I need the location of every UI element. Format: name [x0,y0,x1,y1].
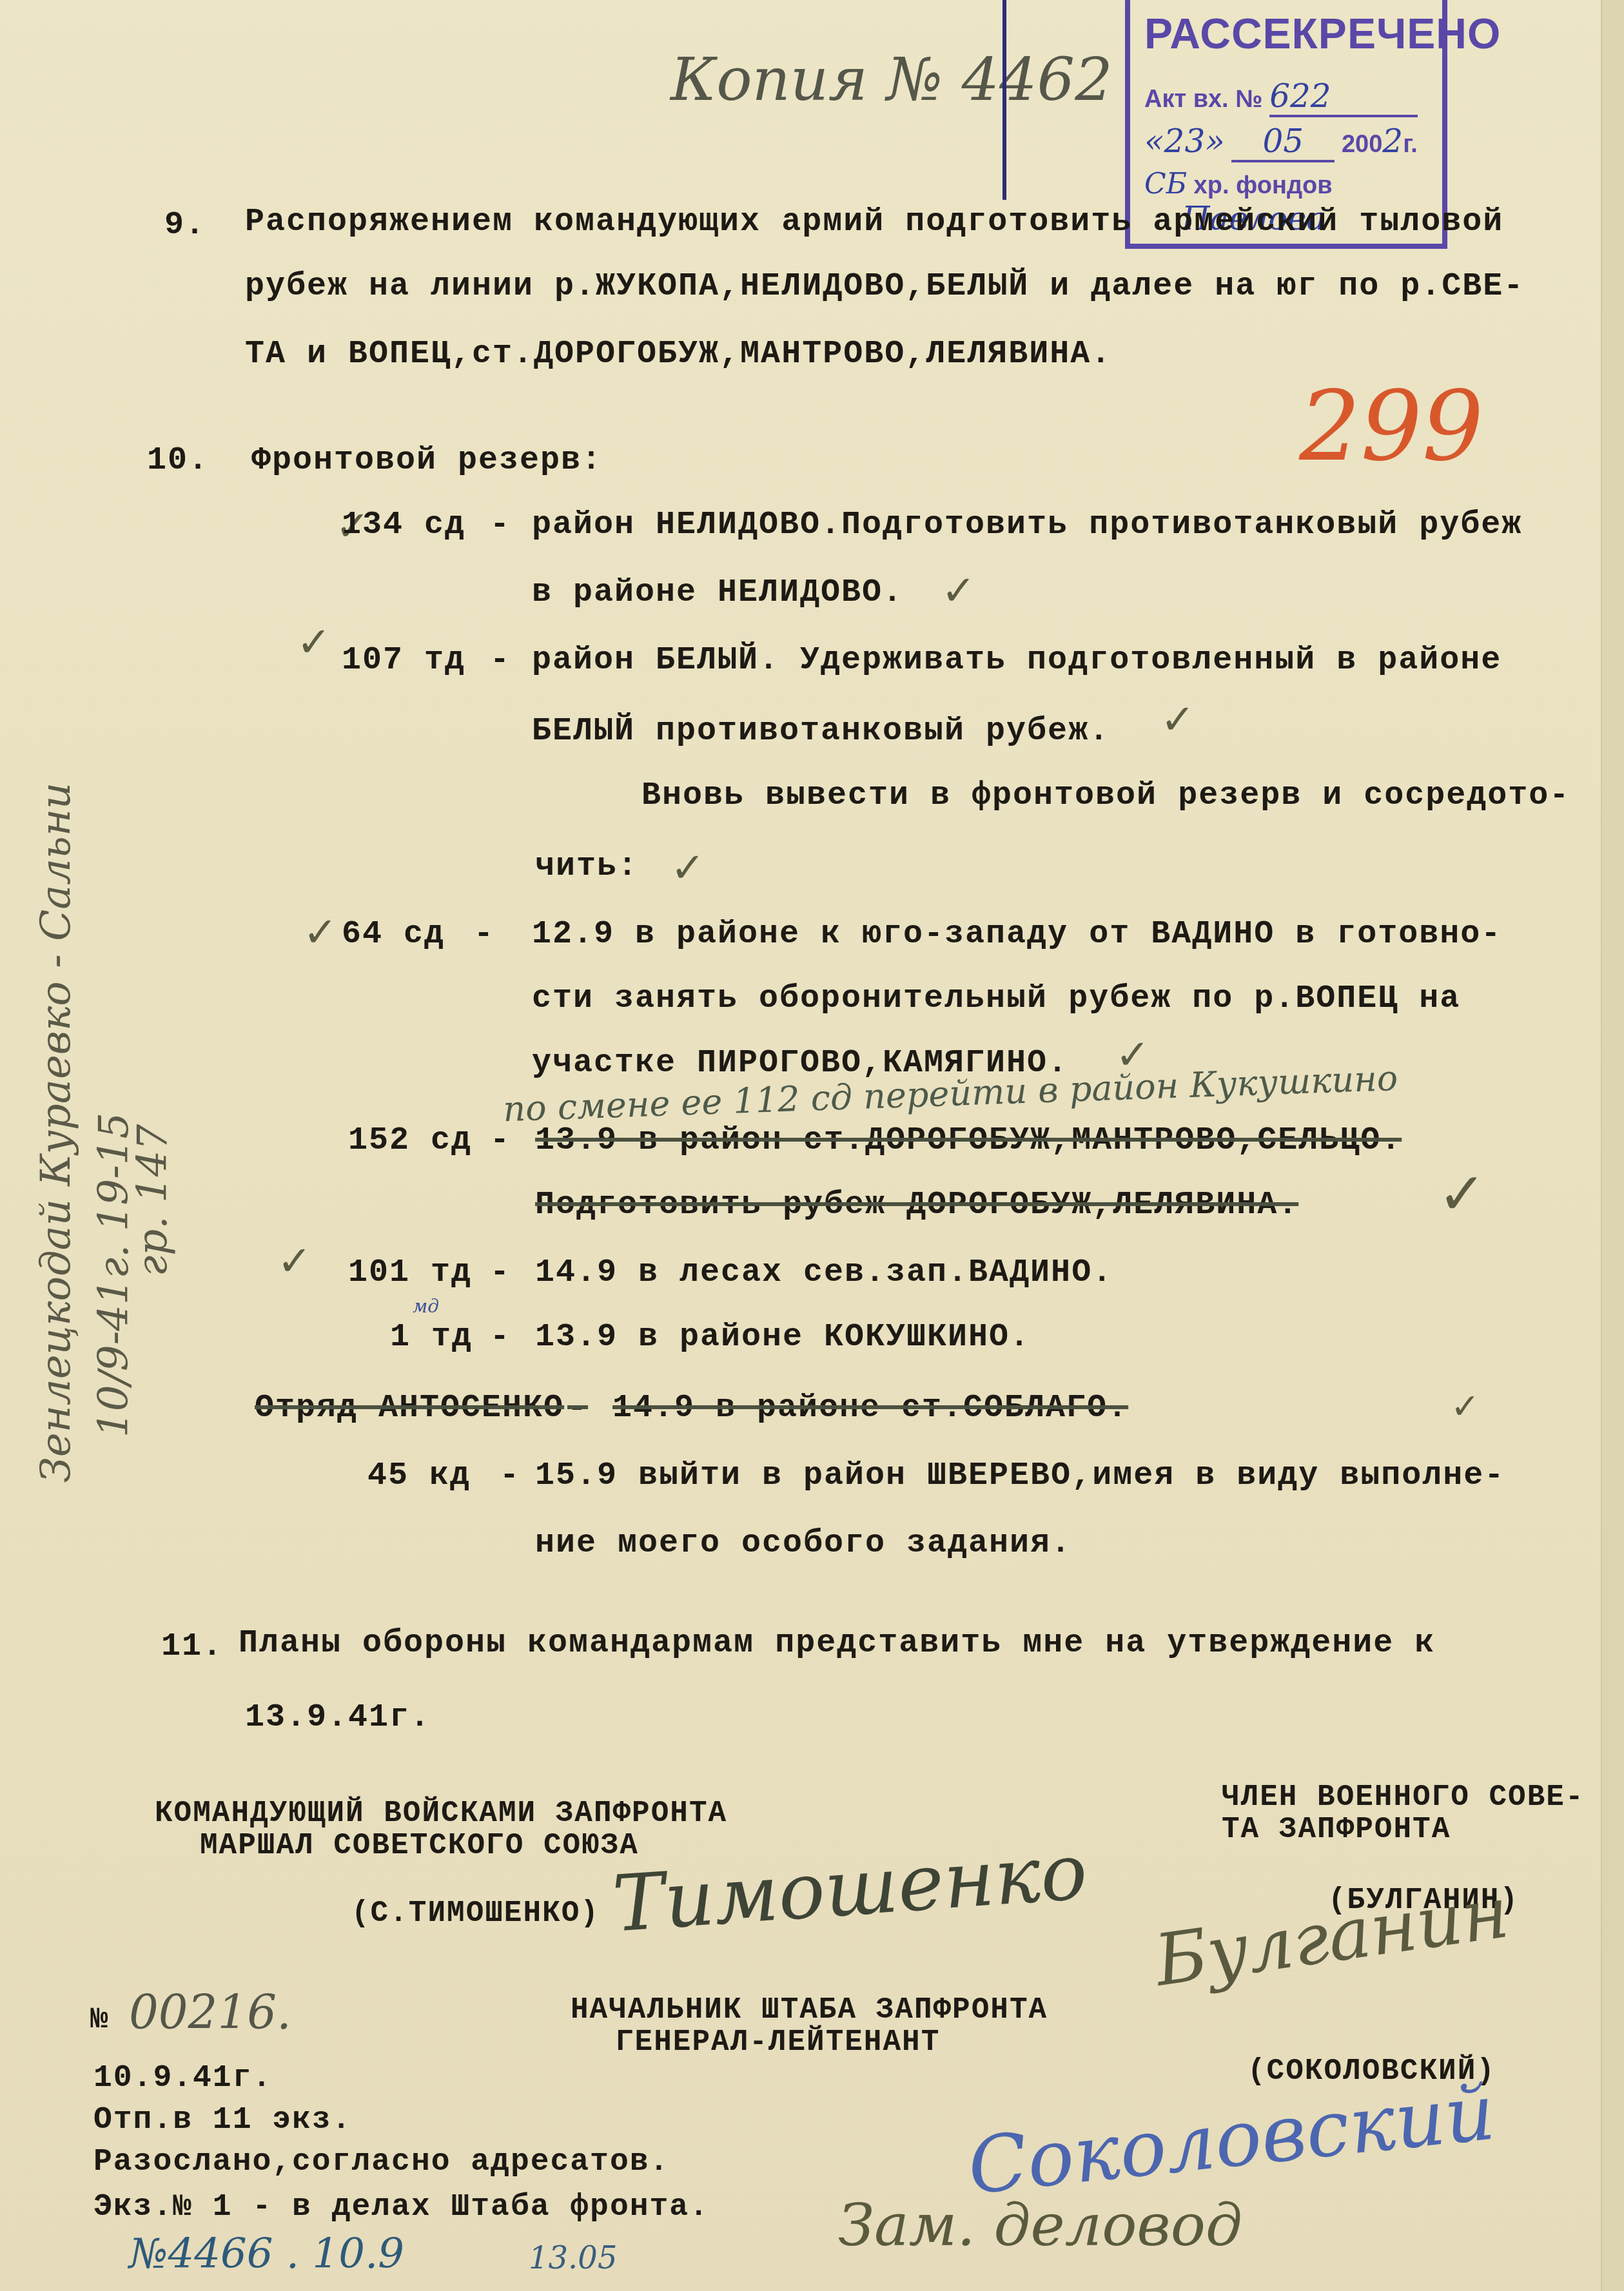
commander-title-1: КОМАНДУЮЩИЙ ВОЙСКАМИ ЗАПФРОНТА [155,1799,727,1828]
copy-note: Копия № 4462 [670,45,1113,114]
stamp-date-day: «23» [1144,122,1225,160]
checkmark-icon: ✓ [1438,1160,1486,1228]
checkmark-icon: ✓ [303,909,338,957]
unit-134-label: 134 сд [342,509,465,541]
chief-title-2: ГЕНЕРАЛ-ЛЕЙТЕНАНТ [616,2027,940,2057]
checkmark-icon: ✓ [941,567,976,615]
checkmark-icon: ✓ [277,1238,312,1285]
unit-152-label: 152 сд [348,1125,472,1157]
unit-64-line1: 12.9 в районе к юго-западу от ВАДИНО в г… [532,919,1502,951]
unit-45-dash: - [500,1460,520,1492]
page-edge [1601,0,1624,2291]
stamp-dept-row: СБ хр. фондов [1144,168,1333,200]
footer-copy1: Экз.№ 1 - в делах Штаба фронта. [93,2192,709,2223]
unit-152-dash: - [490,1125,511,1157]
unit-107-dash: - [490,645,511,677]
item10-title: Фронтовой резерв: [251,445,602,477]
item9-number: 9. [164,210,206,242]
margin-note-3: гр. 147 [129,1124,177,1276]
footer-reg-note: №4466 . 10.9 [129,2230,404,2278]
unit-1-line1: 13.9 в районе КОКУШКИНО. [535,1321,1030,1354]
unit-64-line2: сти занять оборонительный рубеж по р.ВОП… [532,983,1460,1015]
stamp-date-year-hand: 2 [1382,122,1403,160]
item9-line2: рубеж на линии р.ЖУКОПА,НЕЛИДОВО,БЕЛЫЙ и… [245,271,1524,303]
unit-134-dash: - [490,509,511,541]
intro-line2: чить: [535,851,638,883]
stamp-act-number: 622 [1269,77,1331,115]
detachment-antosenko-dash: - [567,1392,588,1425]
commander-title-2: МАРШАЛ СОВЕТСКОГО СОЮЗА [200,1831,639,1860]
margin-note-1: Зенлецкодай Кураевко - Сальни [32,783,80,1483]
unit-107-line2: БЕЛЫЙ противотанковый рубеж. [532,716,1110,748]
detachment-antosenko-line1: 14.9 в районе ст.СОБЛАГО. [612,1392,1128,1425]
unit-1-correction: мд [413,1296,439,1317]
item9-line1: Распоряжением командующих армий подготов… [245,206,1503,239]
stamp-date-row: «23» 05 2002г. [1144,122,1418,162]
item11-line1: Планы обороны командармам представить мн… [239,1628,1435,1660]
margin-ink-line [1003,0,1006,200]
council-title-1: ЧЛЕН ВОЕННОГО СОВЕ- [1222,1782,1585,1812]
stamp-date-month: 05 [1263,122,1304,160]
unit-45-line2: ние моего особого задания. [535,1528,1071,1560]
unit-152-line2: Подготовить рубеж ДОРОГОБУЖ,ЛЕЛЯВИНА. [535,1189,1298,1222]
stamp-title: РАССЕКРЕЧЕНО [1144,9,1501,58]
stamp-date-suffix: г. [1403,131,1418,158]
unit-45-line1: 15.9 выйти в район ШВЕРЕВО,имея в виду в… [535,1460,1505,1492]
footer-copies: Отп.в 11 экз. [93,2105,351,2136]
unit-134-line2: в районе НЕЛИДОВО. [532,577,903,609]
unit-1-dash: - [490,1321,511,1354]
page-number: 299 [1299,371,1483,483]
unit-134-line1: район НЕЛИДОВО.Подготовить противотанков… [532,509,1522,541]
item11-line2: 13.9.41г. [245,1702,431,1734]
checkmark-icon: ✓ [297,619,331,667]
stamp-date-year: 200 [1342,131,1382,158]
checkmark-icon: ✓ [1451,1386,1480,1427]
council-title-2: ТА ЗАПФРОНТА [1222,1815,1451,1844]
detachment-antosenko-label: Отряд АНТОСЕНКО [255,1392,564,1425]
unit-101-label: 101 тд [348,1257,472,1289]
unit-45-label: 45 кд [367,1460,471,1492]
checkmark-icon: ✓ [670,844,705,892]
signature-sokolovsky: Соколовский [964,2068,1499,2212]
unit-1-label: 1 тд [390,1321,473,1354]
footer-number-value: 00216. [129,1985,291,2040]
unit-64-dash: - [474,919,494,951]
stamp-dept-label: хр. фондов [1194,172,1333,199]
signature-deputy: Зам. деловод [838,2192,1242,2259]
footer-date: 10.9.41г. [93,2063,272,2094]
commander-name: (С.ТИМОШЕНКО) [351,1898,600,1928]
footer-distributed: Разослано,согласно адресатов. [93,2147,669,2178]
chief-title-1: НАЧАЛЬНИК ШТАБА ЗАПФРОНТА [571,1995,1048,2025]
unit-101-line1: 14.9 в лесах сев.зап.ВАДИНО. [535,1257,1113,1289]
stamp-dept-initials: СБ [1144,168,1187,200]
footer-number-label: № [90,2005,110,2034]
unit-152-line1: 13.9 в район ст.ДОРОГОБУЖ,МАНТРОВО,СЕЛЬЦ… [535,1125,1402,1157]
unit-101-dash: - [490,1257,511,1289]
item10-number: 10. [147,445,209,477]
unit-107-line1: район БЕЛЫЙ. Удерживать подготовленный в… [532,645,1502,677]
signature-timoshenko: Тимошенко [610,1827,1090,1949]
stamp-act-row: Акт вх. № 622 [1144,77,1418,117]
item11-number: 11. [161,1631,223,1663]
document-page: Копия № 4462 РАССЕКРЕЧЕНО Акт вх. № 622 … [0,0,1624,2291]
checkmark-icon: ✓ [1160,696,1195,744]
intro-line1: Вновь вывести в фронтовой резерв и сосре… [641,780,1570,812]
unit-64-label: 64 сд [342,919,445,951]
unit-107-label: 107 тд [342,645,465,677]
stamp-act-label: Акт вх. № [1144,86,1263,113]
footer-reg-time: 13.05 [529,2240,617,2276]
item9-line3: ТА и ВОПЕЦ,ст.ДОРОГОБУЖ,МАНТРОВО,ЛЕЛЯВИН… [245,338,1111,371]
